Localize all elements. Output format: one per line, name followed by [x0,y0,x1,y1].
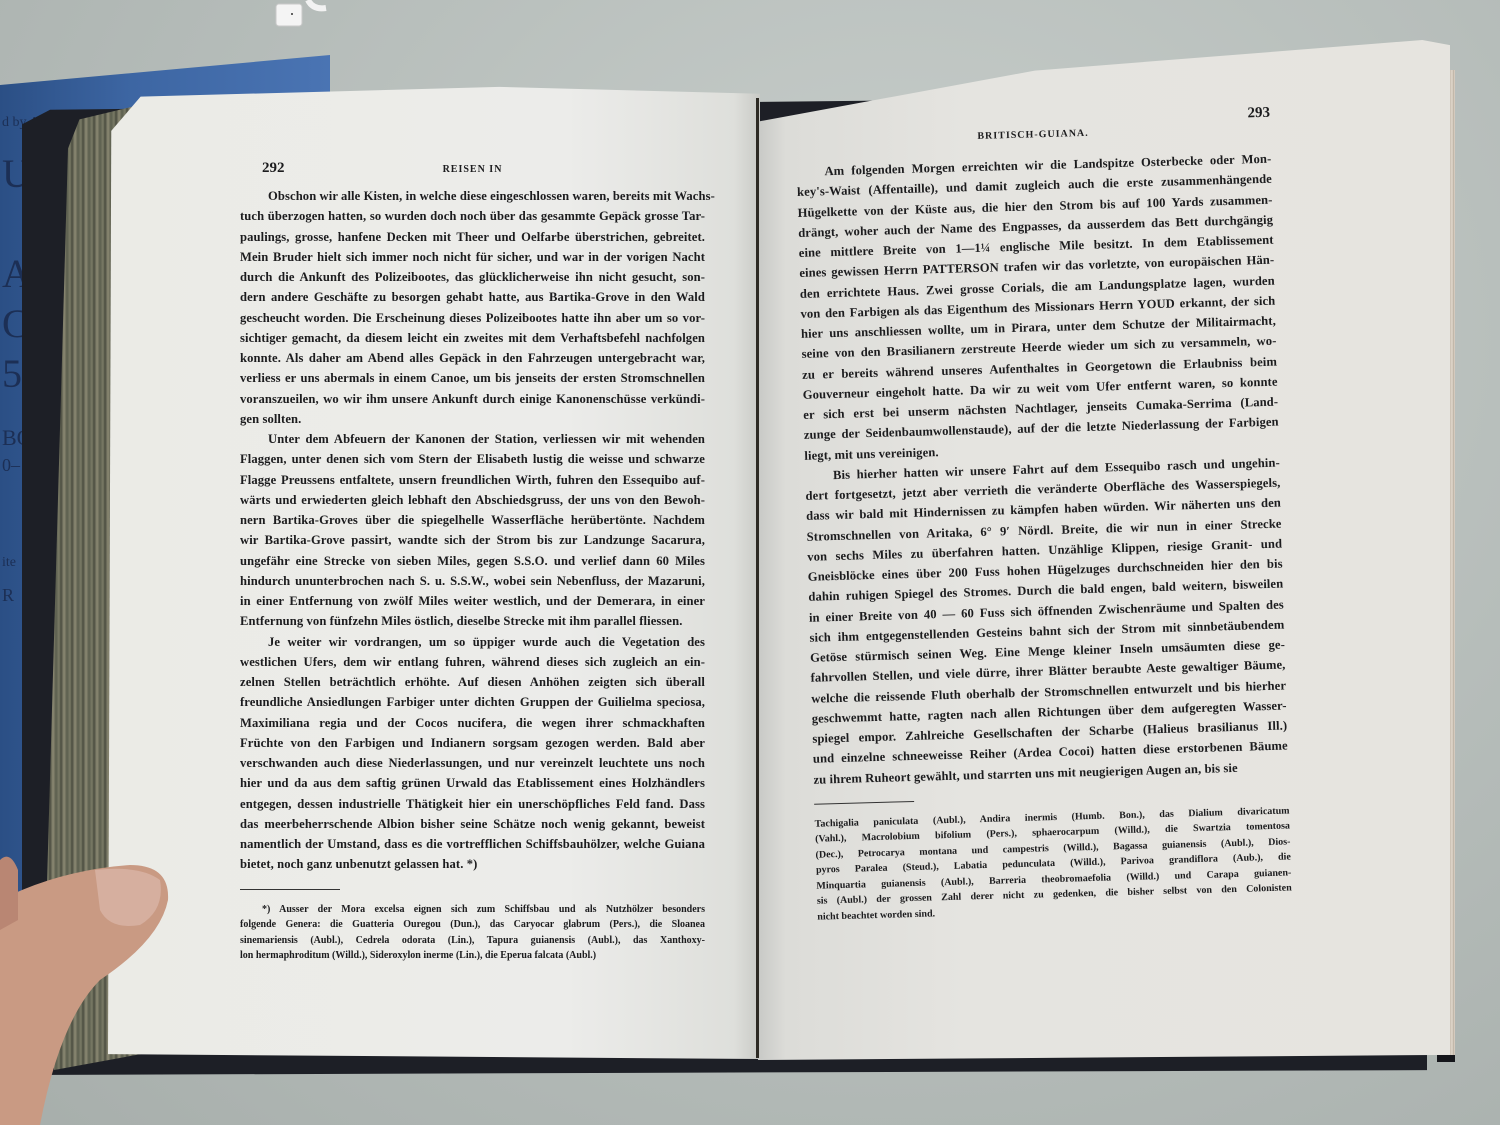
footnote-line: lon hermaphroditum (Willd.), Sideroxylon… [240,948,705,964]
left-page-header: 292 REISEN IN [240,160,705,186]
text-line: Je weiter wir vordrangen, um so üppiger … [240,632,705,652]
text-line: Flagge Preussens entfaltete, unsern freu… [240,470,705,490]
text-line: gen sollten. [240,409,705,429]
right-footnote: Tachigalia paniculata (Aubl.), Andira in… [815,803,1293,925]
right-body-text: Am folgenden Morgen erreichten wir die L… [796,149,1288,790]
text-line: namentlich der Umstand, dass es die vort… [240,834,705,854]
running-head: REISEN IN [240,164,705,175]
charging-cable [268,0,328,55]
text-line: das meerbeherrschende Albion bisher sein… [240,814,705,834]
blue-book-text: 0– [2,455,20,476]
footnote-line: sinemariensis (Aubl.), Cedrela odorata (… [240,933,705,949]
text-line: westlichen Ufers, dem wir entlang fuhren… [240,652,705,672]
blue-book-text: ite [2,555,16,571]
text-line: verliess er uns abermals in einem Canoe,… [240,368,705,388]
text-line: in einer Entfernung von zwölf Miles weit… [240,591,705,611]
text-line: Flaggen, unter denen sich vom Stern der … [240,449,705,469]
text-line: Früchte von den Farbigen und Indianern s… [240,733,705,753]
text-line: Unter dem Abfeuern der Kanonen der Stati… [240,429,705,449]
right-page-text: BRITISCH-GUIANA. 293 Am folgenden Morgen… [795,105,1292,925]
text-line: wärts und erwiederten gleich lebhaft den… [240,490,705,510]
left-body-text: Obschon wir alle Kisten, in welche diese… [240,186,705,875]
book-gutter [756,98,759,1058]
text-line: durch die Ankunft des Polizeibootes, das… [240,267,705,287]
text-line: Maximiliana regia und der Cocos nucifera… [240,713,705,733]
text-line: voranszueilen, wo wir ihm unsere Ankunft… [240,389,705,409]
footnote-rule [240,889,340,890]
text-line: verschwanden auch diese Niederlassungen,… [240,753,705,773]
text-line: entgegen, dessen industrielle Thätigkeit… [240,794,705,814]
thumb-holding-page [0,840,175,1125]
text-line: nern Bartika-Groves über die spiegelhell… [240,510,705,530]
footnote-rule [814,801,914,805]
text-line: konnte. Als daher am Abend alles Gepäck … [240,348,705,368]
page-number: 293 [1247,105,1270,123]
text-line: freundliche Ansiedlungen Farbiger unter … [240,692,705,712]
text-line: hier und da aus dem saftig grünen Urwald… [240,773,705,793]
text-line: tuch überzogen hatten, so wurden doch no… [240,206,705,226]
text-line: dern andere Geschäfte zu besorgen gehabt… [240,287,705,307]
text-line: ungefähr eine Strecke von sieben Miles, … [240,551,705,571]
text-line: gescheucht worden. Die Erscheinung diese… [240,308,705,328]
text-line: sichtiger gemacht, da diesem leicht ein … [240,328,705,348]
text-line: Obschon wir alle Kisten, in welche diese… [240,186,705,206]
text-line: Mein Bruder hielt sich immer noch nicht … [240,247,705,267]
text-line: wir Bartika-Grove passirt, wandte sich d… [240,530,705,550]
footnote-line: folgende Genera: die Guatteria Ouregou (… [240,917,705,933]
text-line: Entfernung von fünfzehn Miles östlich, d… [240,611,705,631]
text-line: zelnen Stellen beträchtlich erhöhte. Auf… [240,672,705,692]
footnote-line: *) Ausser der Mora excelsa eignen sich z… [240,902,705,918]
left-page-text: 292 REISEN IN Obschon wir alle Kisten, i… [240,160,705,964]
text-line: hindurch ununterbrochen nach S. u. S.S.W… [240,571,705,591]
text-line: bietet, noch ganz unbenutzt gelassen hat… [240,854,705,874]
left-footnote: *) Ausser der Mora excelsa eignen sich z… [240,902,705,964]
text-line: paulings, grosse, hanfene Decken mit The… [240,227,705,247]
blue-book-text: R [2,585,14,606]
